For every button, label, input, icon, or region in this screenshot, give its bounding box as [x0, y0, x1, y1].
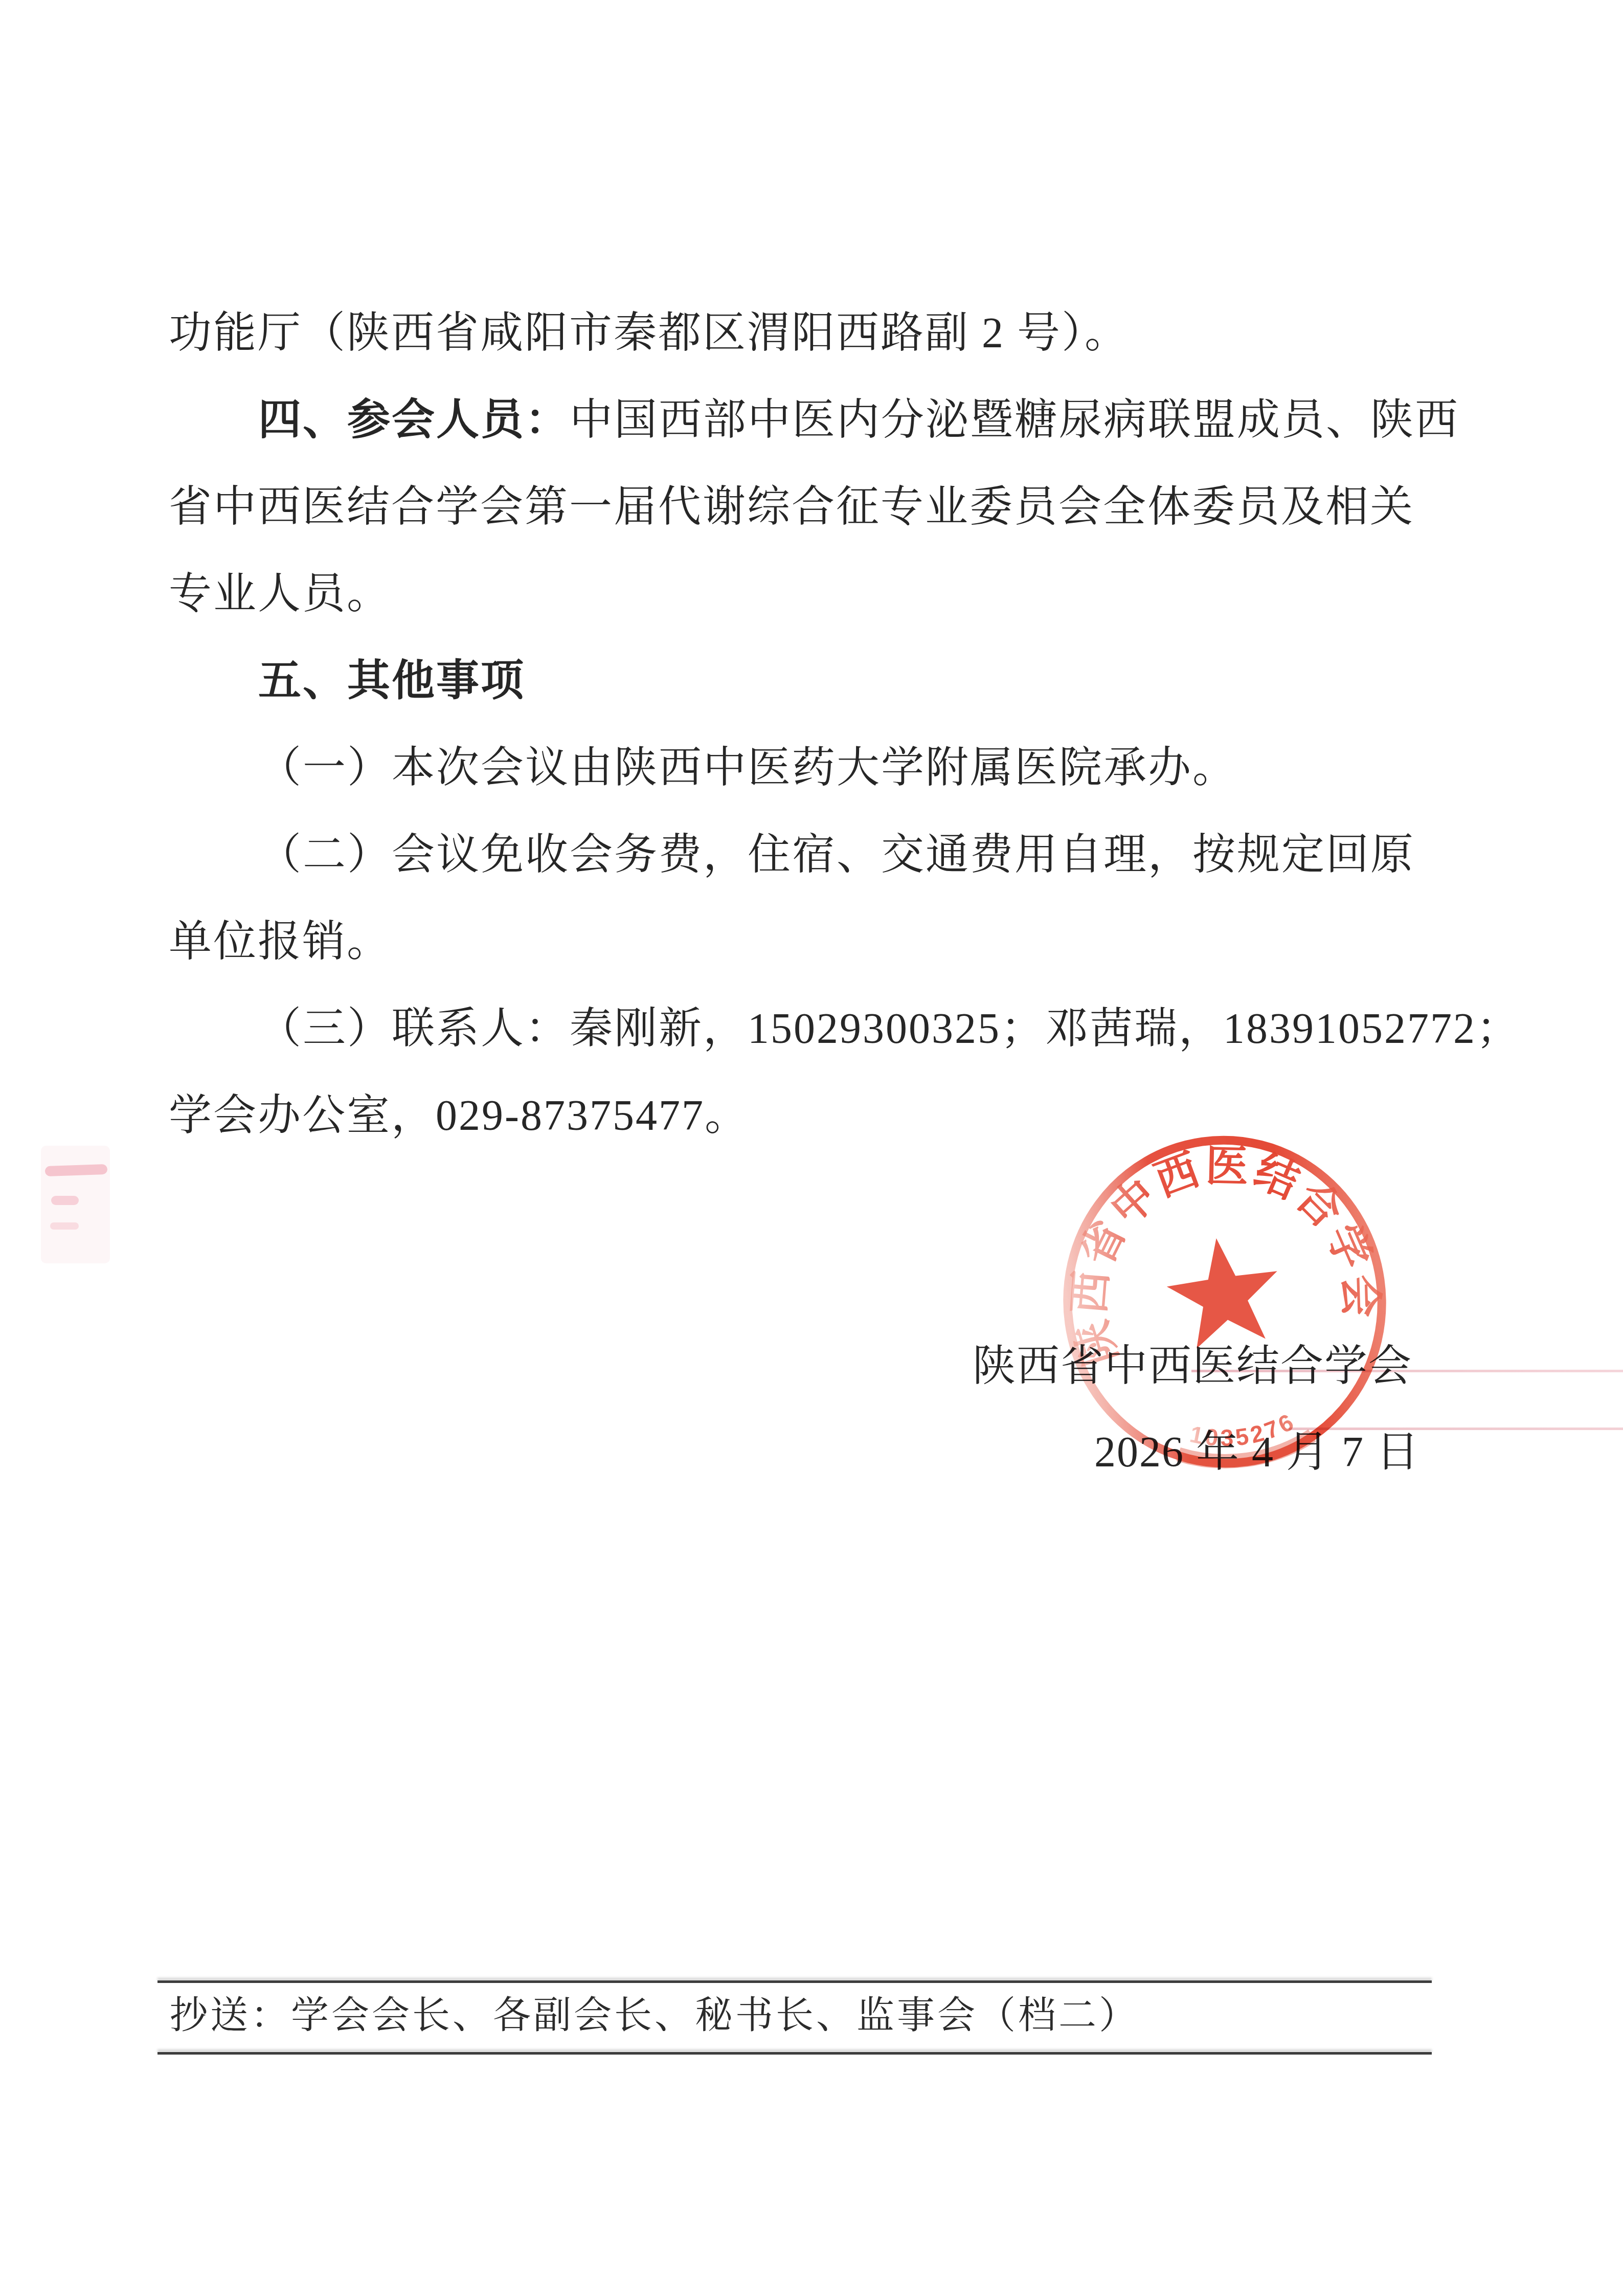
body-line: 省中西医结合学会第一届代谢综合征专业委员会全体委员及相关 — [169, 486, 1414, 529]
scan-smudge — [51, 1196, 79, 1205]
official-seal: 陕西省中西医结合学会 1035276 — [1048, 1120, 1406, 1488]
body-line: （一）本次会议由陕西中医药大学附属医院承办。 — [258, 747, 1237, 790]
footer-cc-note: 抄送：学会会长、各副会长、秘书长、监事会（档二） — [170, 1997, 1139, 2035]
body-line-text: 学会办公室，029-87375477。 — [169, 1092, 749, 1140]
body-line: 单位报销。 — [169, 921, 391, 964]
body-line-text: （一）本次会议由陕西中医药大学附属医院承办。 — [258, 744, 1237, 792]
body-line-text: 单位报销。 — [169, 918, 391, 966]
body-line-text: 省中西医结合学会第一届代谢综合征专业委员会全体委员及相关 — [169, 483, 1414, 531]
scan-smudge — [50, 1222, 79, 1230]
body-line-text: （二）会议免收会务费，住宿、交通费用自理，按规定回原 — [258, 831, 1415, 879]
body-line: （三）联系人：秦刚新，15029300325；邓茜瑞，18391052772； — [258, 1008, 1521, 1051]
body-line-text: 中国西部中医内分泌暨糖尿病联盟成员、陕西 — [570, 396, 1459, 444]
body-line-text: 专业人员。 — [169, 570, 391, 618]
body-line: 五、其他事项 — [258, 660, 525, 703]
body-line-text: （三）联系人：秦刚新，15029300325；邓茜瑞，18391052772； — [258, 1005, 1521, 1053]
body-line-lead: 四、参会人员： — [258, 396, 570, 444]
scan-smudge — [45, 1164, 108, 1176]
body-line: （二）会议免收会务费，住宿、交通费用自理，按规定回原 — [258, 834, 1415, 877]
body-line: 四、参会人员：中国西部中医内分泌暨糖尿病联盟成员、陕西 — [258, 399, 1459, 442]
body-line: 功能厅（陕西省咸阳市秦都区渭阳西路副 2 号）。 — [169, 312, 1129, 355]
body-line-text: 功能厅（陕西省咸阳市秦都区渭阳西路副 2 号）。 — [169, 309, 1129, 357]
body-line: 专业人员。 — [169, 573, 391, 616]
footer-rule-bottom — [157, 2052, 1432, 2055]
body-line-lead: 五、其他事项 — [258, 657, 525, 705]
star-icon — [1161, 1231, 1287, 1351]
body-line: 学会办公室，029-87375477。 — [169, 1095, 749, 1138]
footer-rule-top — [157, 1980, 1432, 1983]
scanned-notice-page: 功能厅（陕西省咸阳市秦都区渭阳西路副 2 号）。 四、参会人员：中国西部中医内分… — [0, 0, 1623, 2296]
